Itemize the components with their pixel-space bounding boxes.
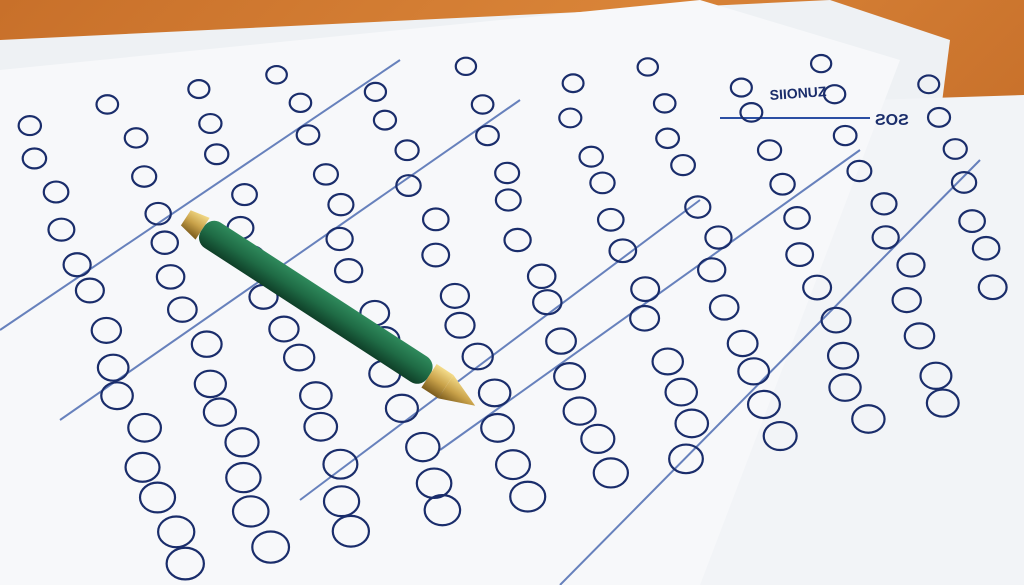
answer-sheets-illustration: SIIONUZ ƧOƧ xyxy=(0,0,1024,585)
photo-scene: SIIONUZ ƧOƧ xyxy=(0,0,1024,585)
svg-text:ƧOƧ: ƧOƧ xyxy=(875,112,909,129)
